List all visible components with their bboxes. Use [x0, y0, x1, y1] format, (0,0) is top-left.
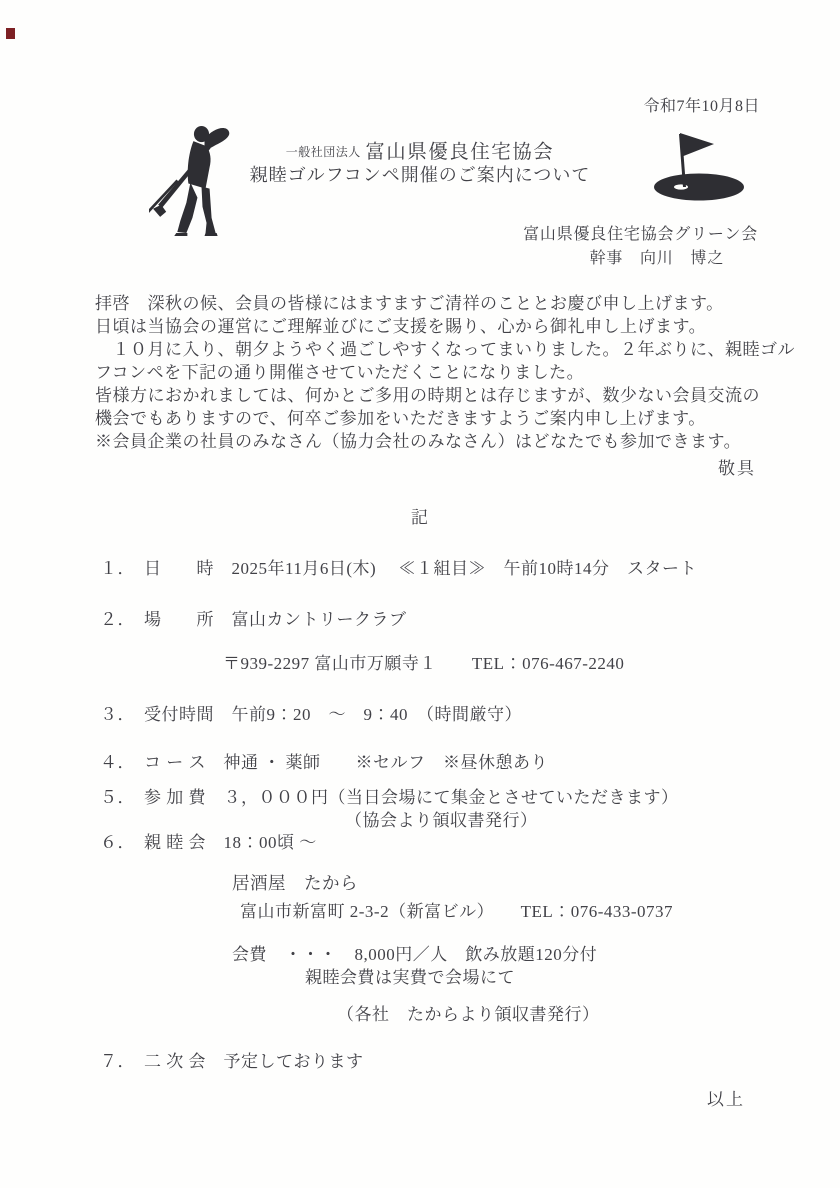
scanned-letter-page: 令和7年10月8日 一般社団法人 富山県優良住宅協会 親睦ゴルフコンペ開催のご案… — [0, 0, 840, 1188]
list-item-5-receipt-note: （協会より領収書発行） — [345, 806, 538, 831]
list-item-3-reception: ３． 受付時間 午前9：20 ～ 9：40 （時間厳守） — [100, 700, 522, 725]
document-date: 令和7年10月8日 — [643, 93, 760, 116]
list-item-2-place: ２． 場 所 富山カントリークラブ — [100, 605, 407, 630]
body-line: １０月に入り、朝夕ようやく過ごしやすくなってまいりました。２年ぶりに、親睦ゴル — [95, 335, 795, 360]
party-fee: 会費 ・・・ 8,000円／人 飲み放題120分付 — [232, 940, 597, 965]
list-item-5-fee: ５． 参 加 費 ３，０００円（当日会場にて集金とさせていただきます） — [100, 783, 679, 808]
closing-keigu: 敬具 — [718, 454, 756, 479]
list-item-6-party: ６． 親 睦 会 18：00頃 ～ — [100, 828, 317, 853]
party-receipt-note: （各社 たからより領収書発行） — [337, 1000, 600, 1025]
golf-flag-icon — [646, 131, 748, 203]
party-fee-note: 親睦会費は実費で会場にて — [305, 963, 515, 988]
body-line: ※会員企業の社員のみなさん（協力会社のみなさん）はどなたでも参加できます。 — [95, 427, 741, 452]
party-venue-address: 富山市新富町 2-3-2（新富ビル） TEL：076-433-0737 — [240, 897, 673, 922]
body-line: 拝啓 深秋の候、会員の皆様にはますますご清祥のこととお慶び申し上げます。 — [95, 289, 724, 314]
body-line: 日頃は当協会の運営にご理解並びにご支援を賜り、心から御礼申し上げます。 — [95, 312, 706, 337]
footer-ijou: 以上 — [707, 1085, 745, 1110]
body-line: 機会でもありますので、何卒ご参加をいただきますようご案内申し上げます。 — [95, 404, 706, 429]
body-line: フコンペを下記の通り開催させていただくことになりました。 — [95, 358, 584, 383]
list-item-2-address: 〒939-2297 富山市万願寺１ TEL：076-467-2240 — [223, 649, 624, 674]
record-heading: 記 — [0, 503, 840, 528]
scan-red-mark — [6, 28, 15, 39]
org-prefix: 一般社団法人 — [286, 145, 361, 159]
party-venue-name: 居酒屋 たから — [232, 870, 358, 895]
list-item-4-course: ４． コ ー ス 神通 ・ 薬師 ※セルフ ※昼休憩あり — [100, 748, 548, 773]
body-line: 皆様方におかれましては、何かとご多用の時期とは存じますが、数少ない会員交流の — [95, 381, 760, 406]
sender-person: 幹事 向川 博之 — [590, 245, 724, 268]
org-name: 富山県優良住宅協会 — [365, 142, 554, 163]
sender-org: 富山県優良住宅協会グリーン会 — [523, 221, 758, 244]
list-item-1-datetime: １． 日 時 2025年11月6日(木) ≪１組目≫ 午前10時14分 スタート — [100, 554, 697, 579]
list-item-7-afterparty: ７． 二 次 会 予定しております — [100, 1047, 364, 1072]
